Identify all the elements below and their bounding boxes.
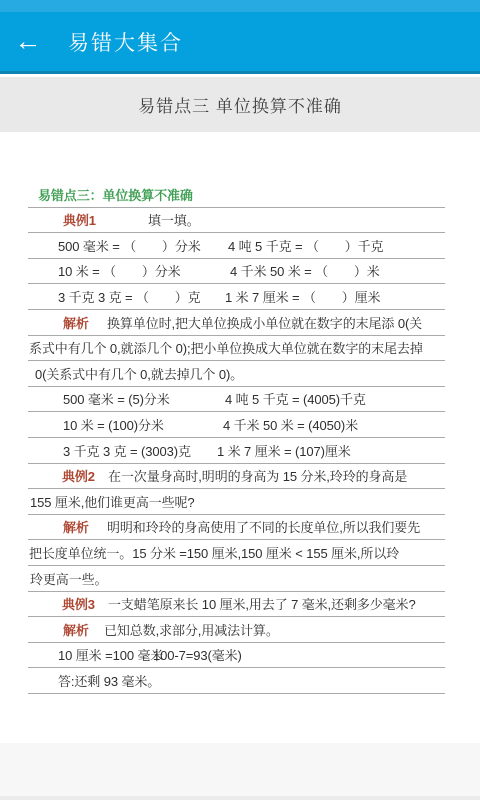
note-row: 500 毫米 = （ ）分米4 吨 5 千克 = （ ）千克: [28, 233, 445, 259]
note-text: 500 毫米 = （ ）分米: [58, 236, 201, 255]
page-title: 易错大集合: [68, 27, 183, 57]
back-arrow-icon: ←: [15, 28, 42, 55]
footer-area: [0, 743, 480, 800]
section-title: 易错点三：单位换算不准确: [38, 185, 193, 204]
note-text: 10 米 = (100)分米: [63, 415, 164, 434]
note-text: 一支蜡笔原来长 10 厘米,用去了 7 毫米,还剩多少毫米?: [108, 594, 416, 613]
status-bar: [0, 0, 480, 12]
note-text: 500 毫米 = (5)分米: [63, 389, 170, 408]
screen-bottom-edge: [0, 796, 480, 800]
example-label: 解析: [63, 313, 89, 332]
note-text: 4 吨 5 千克 = （ ）千克: [228, 236, 383, 255]
note-row: 3 千克 3 克 = (3003)克1 米 7 厘米 = (107)厘米: [28, 438, 445, 464]
note-row: 500 毫米 = (5)分米4 吨 5 千克 = (4005)千克: [28, 387, 445, 413]
note-text: 已知总数,求部分,用减法计算。: [104, 620, 279, 639]
note-text: 0(关系式中有几个 0,就去掉几个 0)。: [35, 364, 243, 383]
note-text: 10 米 = （ ）分米: [58, 261, 181, 280]
note-row: 3 千克 3 克 = （ ）克1 米 7 厘米 = （ ）厘米: [28, 284, 445, 310]
example-label: 解析: [63, 620, 89, 639]
app-screen: ← 易错大集合 易错点三 单位换算不准确 易错点三：单位换算不准确典例1填一填。…: [0, 0, 480, 800]
note-row: 解析换算单位时,把大单位换成小单位就在数字的末尾添 0(关: [28, 310, 445, 336]
example-label: 典例3: [62, 594, 95, 613]
note-row: 解析明明和玲玲的身高使用了不同的长度单位,所以我们要先: [28, 515, 445, 541]
subtitle-bar: 易错点三 单位换算不准确: [0, 77, 480, 132]
note-text: 155 厘米,他们谁更高一些呢?: [30, 492, 195, 511]
note-row: 10 厘米 =100 毫米100-7=93(毫米): [28, 643, 445, 669]
note-text: 系式中有几个 0,就添几个 0);把小单位换成大单位就在数字的末尾去掉: [29, 338, 423, 357]
note-row: 系式中有几个 0,就添几个 0);把小单位换成大单位就在数字的末尾去掉: [28, 336, 445, 362]
note-text: 3 千克 3 克 = (3003)克: [63, 441, 191, 460]
note-row: 典例2在一次量身高时,明明的身高为 15 分米,玲玲的身高是: [28, 464, 445, 490]
note-row: 易错点三：单位换算不准确: [28, 182, 445, 208]
example-label: 典例1: [63, 210, 96, 229]
note-row: 10 米 = （ ）分米4 千米 50 米 = （ ）米: [28, 259, 445, 285]
note-text: 4 吨 5 千克 = (4005)千克: [225, 389, 366, 408]
notebook: 易错点三：单位换算不准确典例1填一填。500 毫米 = （ ）分米4 吨 5 千…: [28, 182, 445, 694]
note-text: 10 厘米 =100 毫米: [58, 645, 163, 664]
note-text: 填一填。: [148, 210, 200, 229]
note-row: 解析已知总数,求部分,用减法计算。: [28, 617, 445, 643]
note-row: 典例1填一填。: [28, 208, 445, 234]
note-row: 把长度单位统一。15 分米 =150 厘米,150 厘米 < 155 厘米,所以…: [28, 540, 445, 566]
note-row: 答:还剩 93 毫米。: [28, 668, 445, 694]
note-row: 0(关系式中有几个 0,就去掉几个 0)。: [28, 361, 445, 387]
note-image-page[interactable]: 易错点三：单位换算不准确典例1填一填。500 毫米 = （ ）分米4 吨 5 千…: [0, 132, 480, 743]
note-text: 玲更高一些。: [30, 569, 107, 588]
back-button[interactable]: ←: [0, 11, 56, 73]
note-text: 1 米 7 厘米 = （ ）厘米: [225, 287, 380, 306]
note-text: 4 千米 50 米 = （ ）米: [230, 261, 380, 280]
subtitle-text: 易错点三 单位换算不准确: [138, 92, 342, 117]
note-text: 1 米 7 厘米 = (107)厘米: [217, 441, 351, 460]
example-label: 典例2: [62, 466, 95, 485]
note-row: 155 厘米,他们谁更高一些呢?: [28, 489, 445, 515]
note-row: 玲更高一些。: [28, 566, 445, 592]
note-text: 换算单位时,把大单位换成小单位就在数字的末尾添 0(关: [107, 313, 422, 332]
note-text: 4 千米 50 米 = (4050)米: [223, 415, 358, 434]
example-label: 解析: [63, 517, 89, 536]
note-text: 3 千克 3 克 = （ ）克: [58, 287, 201, 306]
note-row: 典例3一支蜡笔原来长 10 厘米,用去了 7 毫米,还剩多少毫米?: [28, 592, 445, 618]
note-text: 把长度单位统一。15 分米 =150 厘米,150 厘米 < 155 厘米,所以…: [29, 543, 399, 562]
note-text: 答:还剩 93 毫米。: [58, 671, 160, 690]
app-bar: ← 易错大集合: [0, 12, 480, 74]
note-row: 10 米 = (100)分米4 千米 50 米 = (4050)米: [28, 412, 445, 438]
note-text: 100-7=93(毫米): [153, 645, 242, 664]
note-text: 明明和玲玲的身高使用了不同的长度单位,所以我们要先: [107, 517, 420, 536]
note-text: 在一次量身高时,明明的身高为 15 分米,玲玲的身高是: [108, 466, 407, 485]
